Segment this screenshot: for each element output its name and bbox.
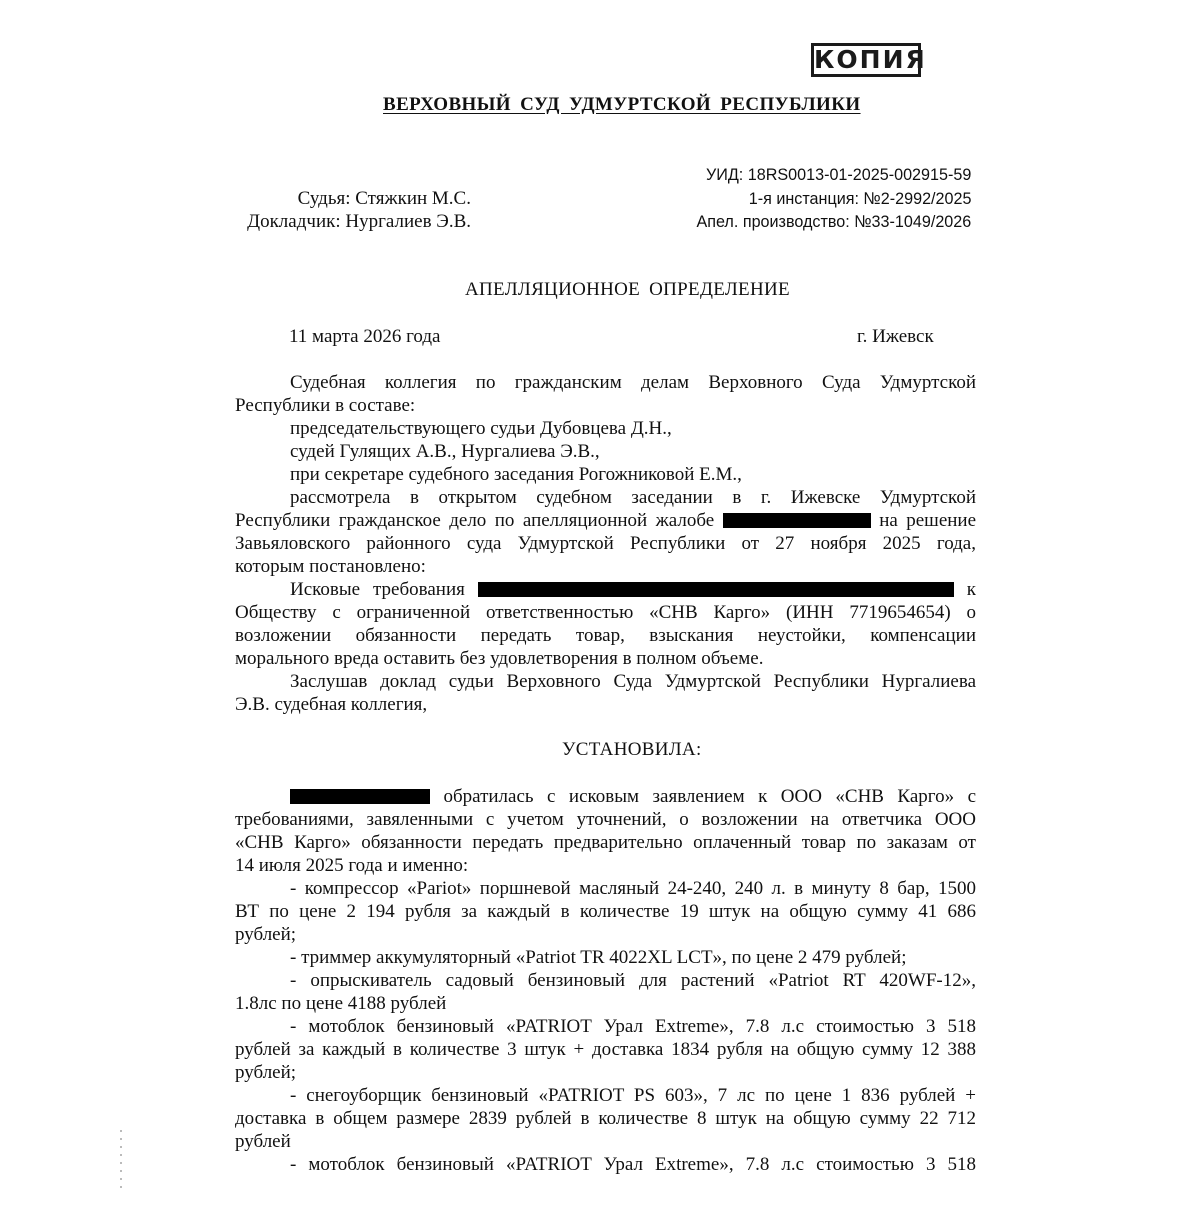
first-instance-number: 1-я инстанция: №2-2992/2025: [748, 187, 971, 210]
copy-stamp: КОПИЯ: [811, 43, 921, 77]
decision-date: 11 марта 2026 года: [289, 325, 440, 348]
intro-line: морального вреда оставить без удовлетвор…: [235, 647, 976, 670]
intro-line: Республики гражданское дело по апелляцио…: [235, 509, 976, 532]
list-item: - мотоблок бензиновый «PATRIOT Урал Extr…: [235, 1153, 976, 1176]
court-secretary: при секретаре судебного заседания Рогожн…: [290, 463, 742, 486]
redacted-name: [723, 513, 871, 528]
list-item: ВТ по цене 2 194 рубля за каждый в колич…: [235, 900, 976, 923]
text-fragment: обратилась с исковым заявлением к ООО «С…: [443, 786, 976, 807]
panel-judges: судей Гулящих А.В., Нургалиева Э.В.,: [290, 440, 600, 463]
appeal-number: Апел. производство: №33-1049/2026: [696, 210, 971, 233]
list-item: - мотоблок бензиновый «PATRIOT Урал Extr…: [235, 1015, 976, 1038]
intro-line: Исковые требования к: [235, 578, 976, 601]
list-item: 1.8лс по цене 4188 рублей: [235, 992, 976, 1015]
scan-artifact: [120, 1130, 122, 1190]
section-heading: УСТАНОВИЛА:: [562, 739, 702, 761]
body-line: 14 июля 2025 года и именно:: [235, 854, 976, 877]
intro-line: возложении обязанности передать товар, в…: [235, 624, 976, 647]
court-title: ВЕРХОВНЫЙ СУД УДМУРТСКОЙ РЕСПУБЛИКИ: [383, 94, 861, 116]
intro-line: Республики в составе:: [235, 394, 976, 417]
body-line: «СНВ Карго» обязанности передать предвар…: [235, 831, 976, 854]
intro-line: Судебная коллегия по гражданским делам В…: [235, 371, 976, 394]
intro-line: которым постановлено:: [235, 555, 976, 578]
decision-city: г. Ижевск: [857, 325, 934, 348]
list-item: - опрыскиватель садовый бензиновый для р…: [235, 969, 976, 992]
list-item: - снегоуборщик бензиновый «PATRIOT PS 60…: [235, 1084, 976, 1107]
text-fragment: на решение: [879, 510, 976, 531]
list-item: доставка в общем размере 2839 рублей в к…: [235, 1107, 976, 1130]
intro-line: Завьяловского районного суда Удмуртской …: [235, 532, 976, 555]
list-item: - компрессор «Pariot» поршневой масляный…: [235, 877, 976, 900]
intro-line: Обществу с ограниченной ответственностью…: [235, 601, 976, 624]
reporter-name: Докладчик: Нургалиев Э.В.: [247, 210, 471, 233]
redacted-name: [290, 789, 430, 804]
list-item: рублей: [235, 1130, 976, 1153]
intro-line: рассмотрела в открытом судебном заседани…: [235, 486, 976, 509]
list-item: - триммер аккумуляторный «Patriot TR 402…: [235, 946, 976, 969]
intro-line: Э.В. судебная коллегия,: [235, 693, 976, 716]
body-line: требованиями, завяленными с учетом уточн…: [235, 808, 976, 831]
list-item: рублей за каждый в количестве 3 штук + д…: [235, 1038, 976, 1061]
list-item: рублей;: [235, 1061, 976, 1084]
text-fragment: Республики гражданское дело по апелляцио…: [235, 510, 714, 531]
case-uid: УИД: 18RS0013-01-2025-002915-59: [706, 163, 971, 186]
intro-line: Заслушав доклад судьи Верховного Суда Уд…: [235, 670, 976, 693]
document-title: АПЕЛЛЯЦИОННОЕ ОПРЕДЕЛЕНИЕ: [465, 279, 790, 301]
body-line: обратилась с исковым заявлением к ООО «С…: [235, 785, 976, 808]
judge-name: Судья: Стяжкин М.С.: [298, 187, 471, 210]
redacted-name: [478, 582, 954, 597]
text-fragment: Исковые требования: [290, 579, 465, 600]
presiding-judge: председательствующего судьи Дубовцева Д.…: [290, 417, 672, 440]
text-fragment: к: [967, 579, 976, 600]
list-item: рублей;: [235, 923, 976, 946]
